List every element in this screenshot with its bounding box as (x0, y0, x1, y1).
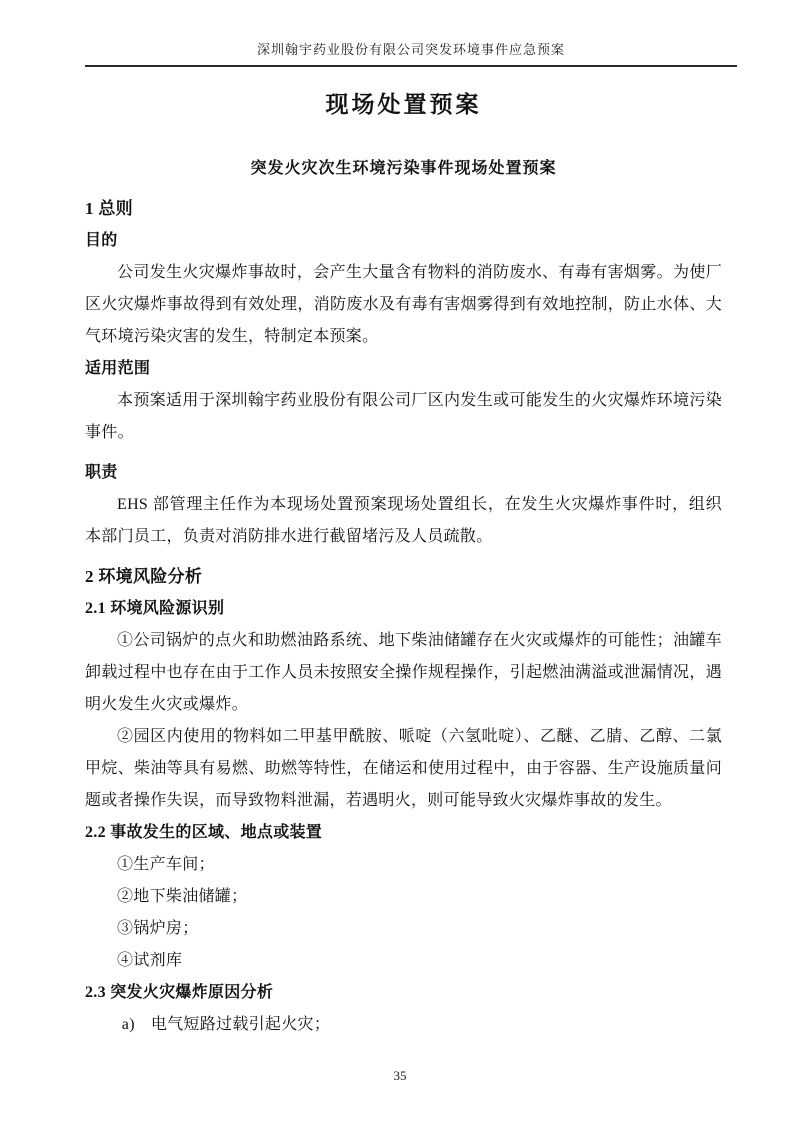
section-1-heading: 1 总则 (85, 193, 722, 225)
location-item-3: ③锅炉房； (85, 913, 722, 945)
location-item-4: ④试剂库 (85, 945, 722, 977)
duty-paragraph: EHS 部管理主任作为本现场处置预案现场处置组长，在发生火灾爆炸事件时，组织本部… (85, 489, 722, 553)
page-footer: 35 (0, 1067, 800, 1085)
cause-item-a-text: 电气短路过载引起火灾； (151, 1016, 330, 1033)
header-title: 深圳翰宇药业股份有限公司突发环境事件应急预案 (85, 42, 737, 58)
scope-heading: 适用范围 (85, 353, 722, 385)
document-body: 1 总则 目的 公司发生火灾爆炸事故时，会产生大量含有物料的消防废水、有毒有害烟… (85, 193, 722, 1041)
duty-heading: 职责 (85, 457, 722, 489)
section-2-heading: 2 环境风险分析 (85, 561, 722, 593)
cause-item-a: a)电气短路过载引起火灾； (85, 1009, 722, 1041)
section-2-2-heading: 2.2 事故发生的区域、地点或装置 (85, 817, 722, 849)
risk-item-1-paragraph: ①公司锅炉的点火和助燃油路系统、地下柴油储罐存在火灾或爆炸的可能性；油罐车卸载过… (85, 625, 722, 721)
document-subtitle: 突发火灾次生环境污染事件现场处置预案 (85, 159, 722, 179)
purpose-paragraph: 公司发生火灾爆炸事故时，会产生大量含有物料的消防废水、有毒有害烟雾。为使厂区火灾… (85, 257, 722, 353)
risk-item-2-paragraph: ②园区内使用的物料如二甲基甲酰胺、哌啶（六氢吡啶）、乙醚、乙腈、乙醇、二氯甲烷、… (85, 721, 722, 817)
section-2-3-heading: 2.3 突发火灾爆炸原因分析 (85, 977, 722, 1009)
scope-paragraph: 本预案适用于深圳翰宇药业股份有限公司厂区内发生或可能发生的火灾爆炸环境污染事件。 (85, 385, 722, 449)
purpose-heading: 目的 (85, 225, 722, 257)
page-number: 35 (394, 1068, 407, 1083)
document-title: 现场处置预案 (85, 91, 722, 119)
location-item-1: ①生产车间； (85, 849, 722, 881)
section-2-1-heading: 2.1 环境风险源识别 (85, 593, 722, 625)
cause-item-a-label: a) (122, 1016, 135, 1033)
page-header: 深圳翰宇药业股份有限公司突发环境事件应急预案 (85, 42, 737, 67)
location-item-2: ②地下柴油储罐； (85, 881, 722, 913)
document-page: 深圳翰宇药业股份有限公司突发环境事件应急预案 现场处置预案 突发火灾次生环境污染… (0, 0, 800, 1131)
